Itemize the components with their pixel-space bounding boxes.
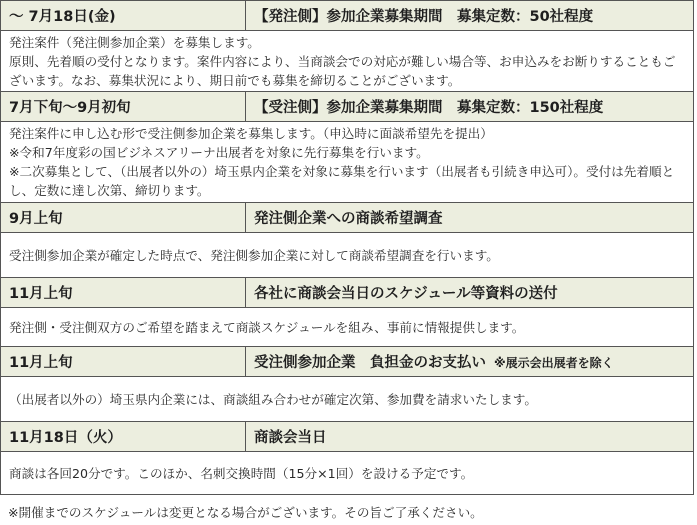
schedule-date: 11月上旬 <box>1 278 246 308</box>
schedule-title-text: 商談会当日 <box>254 430 327 446</box>
schedule-description: （出展者以外の）埼玉県内企業には、商談組み合わせが確定次第、参加費を請求いたしま… <box>1 377 694 422</box>
schedule-title: 受注側参加企業 負担金のお支払い※展示会出展者を除く <box>246 347 694 377</box>
description-line: （出展者以外の）埼玉県内企業には、商談組み合わせが確定次第、参加費を請求いたしま… <box>9 390 685 409</box>
schedule-title-note: ※展示会出展者を除く <box>494 356 614 370</box>
schedule-body-row: （出展者以外の）埼玉県内企業には、商談組み合わせが確定次第、参加費を請求いたしま… <box>1 377 694 422</box>
schedule-description: 商談は各回20分です。このほか、名刺交換時間（15分×1回）を設ける予定です。 <box>1 452 694 495</box>
schedule-body-row: 受注側参加企業が確定した時点で、発注側参加企業に対して商談希望調査を行います。 <box>1 233 694 278</box>
schedule-body-row: 発注側・受注側双方のご希望を踏まえて商談スケジュールを組み、事前に情報提供します… <box>1 308 694 347</box>
schedule-description: 発注案件に申し込む形で受注側参加企業を募集します。（申込時に面談希望先を提出） … <box>1 122 694 203</box>
schedule-header-row: 11月上旬 各社に商談会当日のスケジュール等資料の送付 <box>1 278 694 308</box>
schedule-title-text: 【受注側】参加企業募集期間 募集定数：150社程度 <box>254 100 603 116</box>
description-line: 発注案件に申し込む形で受注側参加企業を募集します。（申込時に面談希望先を提出） <box>9 124 685 143</box>
schedule-body-row: 発注案件に申し込む形で受注側参加企業を募集します。（申込時に面談希望先を提出） … <box>1 122 694 203</box>
schedule-date: 7月下旬～9月初旬 <box>1 92 246 122</box>
schedule-title: 各社に商談会当日のスケジュール等資料の送付 <box>246 278 694 308</box>
schedule-body-row: 発注案件（発注側参加企業）を募集します。 原則、先着順の受付となります。案件内容… <box>1 31 694 92</box>
schedule-header-row: 7月下旬～9月初旬 【受注側】参加企業募集期間 募集定数：150社程度 <box>1 92 694 122</box>
schedule-header-row: 9月上旬 発注側企業への商談希望調査 <box>1 203 694 233</box>
schedule-table: ～ 7月18日(金) 【発注側】参加企業募集期間 募集定数：50社程度 発注案件… <box>0 0 694 495</box>
schedule-title-text: 各社に商談会当日のスケジュール等資料の送付 <box>254 286 558 302</box>
description-line: 原則、先着順の受付となります。案件内容により、当商談会での対応が難しい場合等、お… <box>9 52 685 90</box>
schedule-title-text: 受注側参加企業 負担金のお支払い <box>254 355 486 371</box>
schedule-date: 9月上旬 <box>1 203 246 233</box>
schedule-header-row: ～ 7月18日(金) 【発注側】参加企業募集期間 募集定数：50社程度 <box>1 1 694 31</box>
schedule-body-row: 商談は各回20分です。このほか、名刺交換時間（15分×1回）を設ける予定です。 <box>1 452 694 495</box>
description-line: ※令和7年度彩の国ビジネスアリーナ出展者を対象に先行募集を行います。 <box>9 143 685 162</box>
schedule-title-text: 発注側企業への商談希望調査 <box>254 211 443 227</box>
schedule-title: 商談会当日 <box>246 422 694 452</box>
schedule-date: 11月上旬 <box>1 347 246 377</box>
description-line: 受注側参加企業が確定した時点で、発注側参加企業に対して商談希望調査を行います。 <box>9 246 685 265</box>
schedule-description: 発注案件（発注側参加企業）を募集します。 原則、先着順の受付となります。案件内容… <box>1 31 694 92</box>
schedule-title: 【受注側】参加企業募集期間 募集定数：150社程度 <box>246 92 694 122</box>
description-line: 発注案件（発注側参加企業）を募集します。 <box>9 33 685 52</box>
description-line: 商談は各回20分です。このほか、名刺交換時間（15分×1回）を設ける予定です。 <box>9 464 685 483</box>
schedule-header-row: 11月上旬 受注側参加企業 負担金のお支払い※展示会出展者を除く <box>1 347 694 377</box>
schedule-header-row: 11月18日（火） 商談会当日 <box>1 422 694 452</box>
schedule-date: ～ 7月18日(金) <box>1 1 246 31</box>
schedule-title: 発注側企業への商談希望調査 <box>246 203 694 233</box>
description-line: ※二次募集として、（出展者以外の）埼玉県内企業を対象に募集を行います（出展者も引… <box>9 162 685 200</box>
description-line: 発注側・受注側双方のご希望を踏まえて商談スケジュールを組み、事前に情報提供します… <box>9 318 685 337</box>
schedule-date: 11月18日（火） <box>1 422 246 452</box>
schedule-footnote: ※開催までのスケジュールは変更となる場合がございます。その旨ご了承ください。 <box>8 502 483 521</box>
schedule-description: 受注側参加企業が確定した時点で、発注側参加企業に対して商談希望調査を行います。 <box>1 233 694 278</box>
schedule-title-text: 【発注側】参加企業募集期間 募集定数：50社程度 <box>254 9 593 25</box>
schedule-title: 【発注側】参加企業募集期間 募集定数：50社程度 <box>246 1 694 31</box>
schedule-description: 発注側・受注側双方のご希望を踏まえて商談スケジュールを組み、事前に情報提供します… <box>1 308 694 347</box>
